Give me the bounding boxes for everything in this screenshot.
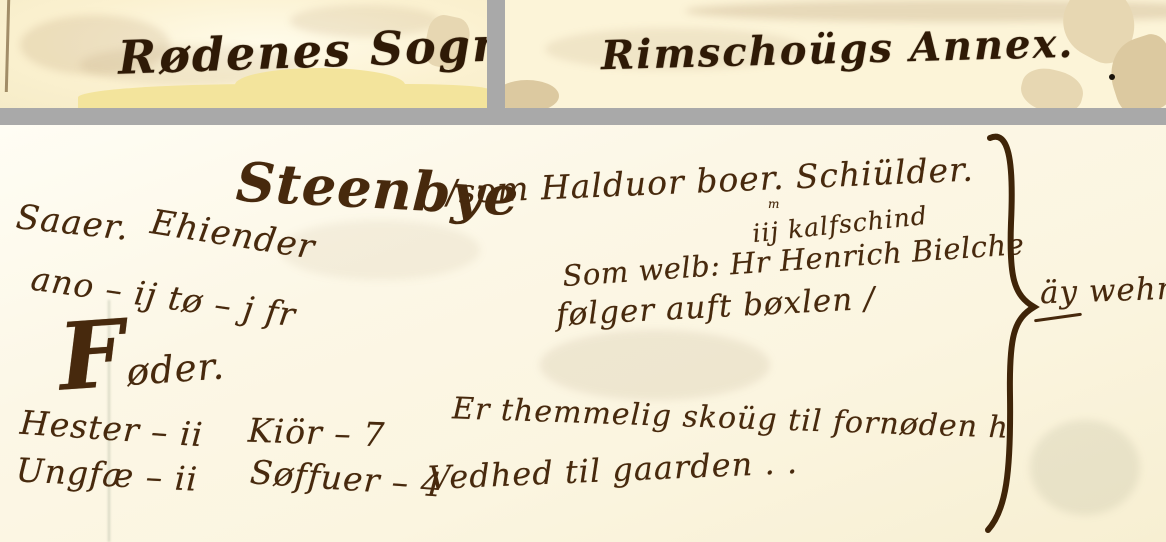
tan-stain-patch <box>1101 30 1166 108</box>
ink-bleed-stain <box>540 330 770 400</box>
ink-bleed-streak <box>685 0 1166 22</box>
tan-stain-patch <box>505 80 559 108</box>
manuscript-scan-page: Rødenes Sogn Rimschoügs Annex. Saaer. Eh… <box>0 0 1166 542</box>
livestock-cows: Kiör – 7 <box>247 414 385 452</box>
foder-label: Føder. <box>59 346 226 395</box>
header-strip-left: Rødenes Sogn <box>0 0 487 108</box>
ink-dot <box>1109 74 1115 80</box>
page-edge-ink-line <box>5 0 10 92</box>
skyld-superscript-mark: m <box>768 198 780 210</box>
annex-title: Rimschoügs Annex. <box>601 24 1075 76</box>
yellow-retouch-patch <box>78 84 487 108</box>
parish-title: Rødenes Sogn <box>117 21 487 81</box>
grouping-brace <box>972 128 1042 540</box>
livestock-young-cattle: Ungfæ – ii <box>15 453 198 495</box>
valuation-annotation: äy wehr <box>1039 274 1166 310</box>
tan-stain-patch <box>1017 63 1087 108</box>
header-strip-right: Rimschoügs Annex. <box>505 0 1166 108</box>
ink-bleed-stain <box>1030 420 1140 515</box>
